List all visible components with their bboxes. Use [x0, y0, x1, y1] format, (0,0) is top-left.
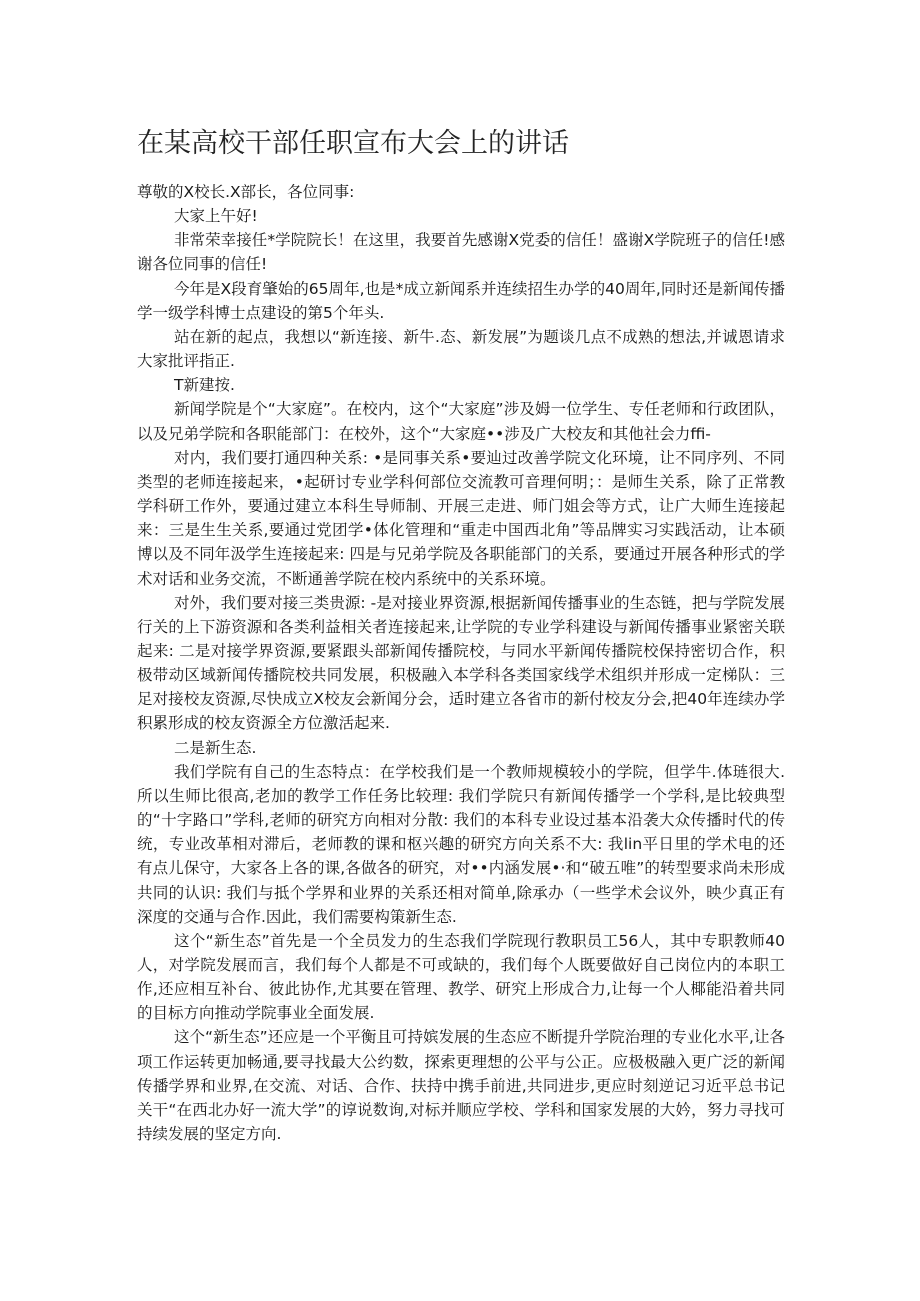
document-body: 尊敬的X校长.X部长，各位同事: 大家上午好! 非常荣幸接任*学院院长！在这里，…: [137, 180, 785, 1146]
paragraph-thanks: 非常荣幸接任*学院院长！在这里，我要首先感谢X党委的信任！盛谢X学院班子的信任!…: [137, 228, 785, 276]
heading-new-connection: T新建按.: [137, 373, 785, 397]
paragraph-ecology-traits: 我们学院有自己的生态特点：在学校我们是一个教师规模较小的学院，但学牛.体琏很大.…: [137, 760, 785, 929]
paragraph-external: 对外，我们要对接三类贵源: -是对接业界资源,根据新闻传播事业的生态链，把与学院…: [137, 591, 785, 736]
salutation: 尊敬的X校长.X部长，各位同事:: [137, 180, 785, 204]
heading-new-ecology: 二是新生态.: [137, 736, 785, 760]
paragraph-ecology-all-staff: 这个“新生态”首先是一个全员发力的生态我们学院现行教职员工56人，其中专职教师4…: [137, 929, 785, 1026]
paragraph-internal: 对内，我们要打通四种关系: •是同事关系•要辿过改善学院文化环境，让不同序列、不…: [137, 446, 785, 591]
paragraph-big-family: 新闻学院是个“大家庭”。在校内，这个“大家庭”涉及姆一位学生、专任老师和行政团队…: [137, 397, 785, 445]
paragraph-greeting: 大家上午好!: [137, 204, 785, 228]
paragraph-ecology-sustainable: 这个“新生态”还应是一个平衡且可持嫔发展的生态应不断提升学院治理的专业化水平,让…: [137, 1025, 785, 1146]
paragraph-anniversary: 今年是X段育肇始的65周年,也是*成立新闻系并连续招生办学的40周年,同时还是新…: [137, 277, 785, 325]
document-page: 在某高校干部任职宣布大会上的讲话 尊敬的X校长.X部长，各位同事: 大家上午好!…: [137, 124, 785, 1146]
paragraph-theme: 站在新的起点，我想以“新连接、新牛.态、新发展”为题谈几点不成熟的想法,并诚恩请…: [137, 325, 785, 373]
document-title: 在某高校干部任职宣布大会上的讲话: [137, 124, 785, 164]
